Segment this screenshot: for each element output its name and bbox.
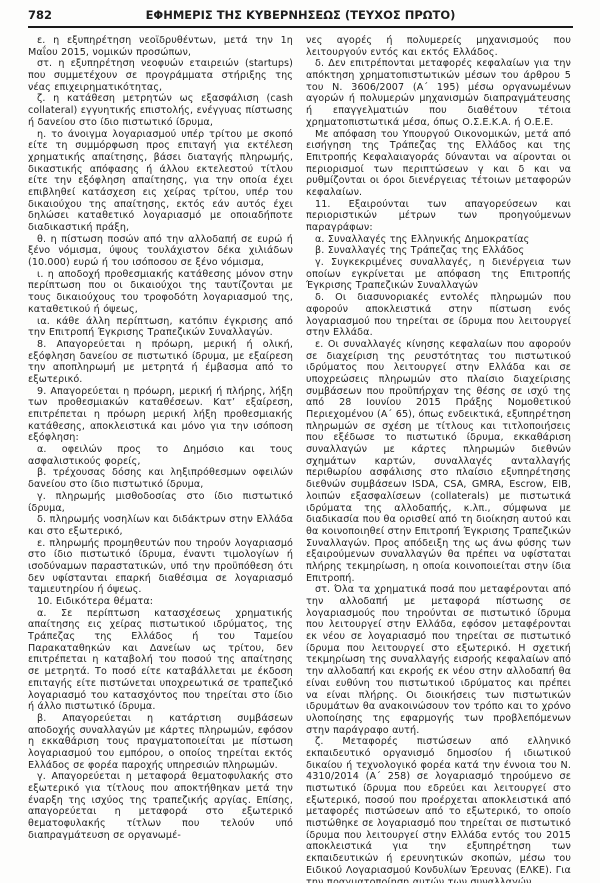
paragraph: γ. πληρωμής μισθοδοσίας στο ίδιο πιστωτι… [28, 491, 293, 514]
paragraph: β. τρέχουσας δόσης και ληξιπρόθεσμων οφε… [28, 467, 293, 490]
paragraph: 9. Απαγορεύεται η πρόωρη, μερική ή πλήρη… [28, 386, 293, 444]
paragraph: η. το άνοιγμα λογαριασμού υπέρ τρίτου με… [28, 129, 293, 234]
paragraph: δ. Οι διασυνοριακές εντολές πληρωμών που… [306, 292, 571, 339]
page-header: 782 ΕΦΗΜΕΡΙΣ ΤΗΣ ΚΥΒΕΡΝΗΣΕΩΣ (ΤΕΥΧΟΣ ΠΡΩ… [28, 6, 573, 24]
left-column: ε. η εξυπηρέτηση νεοϊδρυθέντων, μετά την… [28, 35, 293, 883]
paragraph: Με απόφαση του Υπουργού Οικονομικών, μετ… [306, 129, 571, 199]
body-columns: ε. η εξυπηρέτηση νεοϊδρυθέντων, μετά την… [28, 35, 573, 883]
paragraph: 8. Απαγορεύεται η πρόωρη, μερική ή ολική… [28, 339, 293, 386]
paragraph: β. Συναλλαγές της Τράπεζας της Ελλάδος [306, 245, 571, 257]
paragraph: γ. Συγκεκριμένες συναλλαγές, η διενέργει… [306, 257, 571, 292]
header-rule [28, 26, 573, 28]
paragraph: α. Συναλλαγές της Ελληνικής Δημοκρατίας [306, 234, 571, 246]
paragraph: 10. Ειδικότερα θέματα: [28, 596, 293, 608]
paragraph: ε. Οι συναλλαγές κίνησης κεφαλαίων που α… [306, 339, 571, 584]
paragraph: ε. πληρωμής προμηθευτών που τηρούν λογαρ… [28, 538, 293, 596]
paragraph: 11. Εξαιρούνται των απαγορεύσεων και περ… [306, 199, 571, 234]
paragraph: ια. κάθε άλλη περίπτωση, κατόπιν έγκριση… [28, 316, 293, 339]
paragraph: ζ. Μεταφορές πιστώσεων από ελληνικό εκπα… [306, 736, 571, 883]
paragraph: α. οφειλών προς το Δημόσιο και τους ασφα… [28, 444, 293, 467]
paragraph: ζ. η κατάθεση μετρητών ως εξασφάλιση (ca… [28, 93, 293, 128]
paragraph: ε. η εξυπηρέτηση νεοϊδρυθέντων, μετά την… [28, 35, 293, 58]
paragraph: στ. Όλα τα χρηματικά ποσά που μεταφέροντ… [306, 584, 571, 736]
paragraph: α. Σε περίπτωση κατασχέσεως χρηματικής α… [28, 608, 293, 713]
page-title: ΕΦΗΜΕΡΙΣ ΤΗΣ ΚΥΒΕΡΝΗΣΕΩΣ (ΤΕΥΧΟΣ ΠΡΩΤΟ) [146, 8, 456, 22]
paragraph: δ. πληρωμής νοσηλίων και διδάκτρων στην … [28, 514, 293, 537]
right-column: νες αγορές ή πολυμερείς μηχανισμούς που … [306, 35, 571, 883]
paragraph: γ. Απαγορεύεται η μεταφορά θεματοφυλακής… [28, 771, 293, 841]
page-number: 782 [28, 6, 52, 24]
paragraph: ι. η αποδοχή προθεσμιακής κατάθεσης μόνο… [28, 269, 293, 316]
paragraph: στ. η εξυπηρέτηση νεοφυών εταιρειών (sta… [28, 58, 293, 93]
paragraph: θ. η πίστωση ποσών από την αλλοδαπή σε ε… [28, 234, 293, 269]
paragraph: β. Απαγορεύεται η κατάρτιση συμβάσεων απ… [28, 713, 293, 771]
gazette-page: 782 ΕΦΗΜΕΡΙΣ ΤΗΣ ΚΥΒΕΡΝΗΣΕΩΣ (ΤΕΥΧΟΣ ΠΡΩ… [0, 0, 600, 883]
paragraph: νες αγορές ή πολυμερείς μηχανισμούς που … [306, 35, 571, 58]
paragraph: δ. Δεν επιτρέπονται μεταφορές κεφαλαίων … [306, 58, 571, 128]
